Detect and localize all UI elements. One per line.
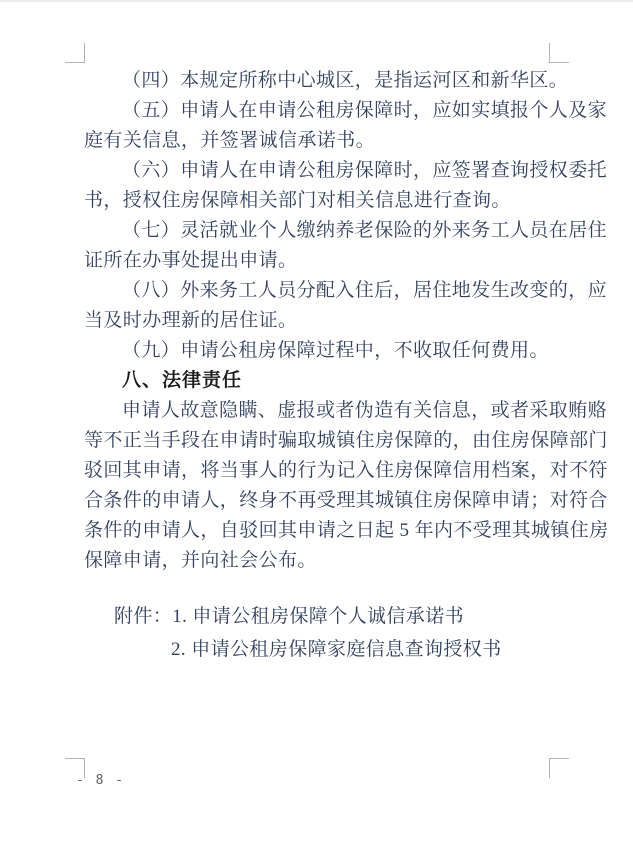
section-heading: 八、法律责任 [84, 366, 552, 396]
text-line: （六）申请人在申请公租房保障时，应签署查询授权委托 [84, 156, 552, 186]
text-line: （五）申请人在申请公租房保障时，应如实填报个人及家 [84, 96, 552, 126]
attachment-item: 1. 申请公租房保障个人诚信承诺书 [172, 606, 464, 627]
text-line: 保障申请，并向社会公布。 [84, 546, 552, 576]
attachment-line: 附件：1. 申请公租房保障个人诚信承诺书 [114, 600, 554, 633]
crop-mark-bottom-right-icon [549, 758, 569, 778]
text-line: 申请人故意隐瞒、虚报或者伪造有关信息，或者采取贿赂 [84, 396, 552, 426]
text-line: 等不正当手段在申请时骗取城镇住房保障的，由住房保障部门 [84, 426, 552, 456]
crop-mark-top-left-icon [65, 43, 85, 63]
text-line: 驳回其申请，将当事人的行为记入住房保障信用档案，对不符 [84, 456, 552, 486]
text-line: （九）申请公租房保障过程中，不收取任何费用。 [84, 336, 552, 366]
text-line: （四）本规定所称中心城区，是指运河区和新华区。 [84, 66, 552, 96]
text-line: 证所在办事处提出申请。 [84, 246, 552, 276]
text-line: 当及时办理新的居住证。 [84, 306, 552, 336]
page-number: - 8 - [76, 773, 125, 788]
text-line: 书，授权住房保障相关部门对相关信息进行查询。 [84, 186, 552, 216]
text-line: 庭有关信息，并签署诚信承诺书。 [84, 126, 552, 156]
text-line: （七）灵活就业个人缴纳养老保险的外来务工人员在居住 [84, 216, 552, 246]
document-body: （四）本规定所称中心城区，是指运河区和新华区。（五）申请人在申请公租房保障时，应… [84, 66, 552, 576]
attachment-block: 附件：1. 申请公租房保障个人诚信承诺书 2. 申请公租房保障家庭信息查询授权书 [114, 600, 554, 666]
text-line: 合条件的申请人，终身不再受理其城镇住房保障申请；对符合 [84, 486, 552, 516]
attachment-item: 2. 申请公租房保障家庭信息查询授权书 [171, 633, 554, 666]
crop-mark-top-right-icon [549, 43, 569, 63]
page-top-edge [0, 0, 633, 2]
document-page: （四）本规定所称中心城区，是指运河区和新华区。（五）申请人在申请公租房保障时，应… [0, 0, 633, 844]
text-line: （八）外来务工人员分配入住后，居住地发生改变的，应 [84, 276, 552, 306]
text-line: 条件的申请人，自驳回其申请之日起 5 年内不受理其城镇住房 [84, 516, 552, 546]
attachment-label: 附件： [114, 606, 172, 627]
